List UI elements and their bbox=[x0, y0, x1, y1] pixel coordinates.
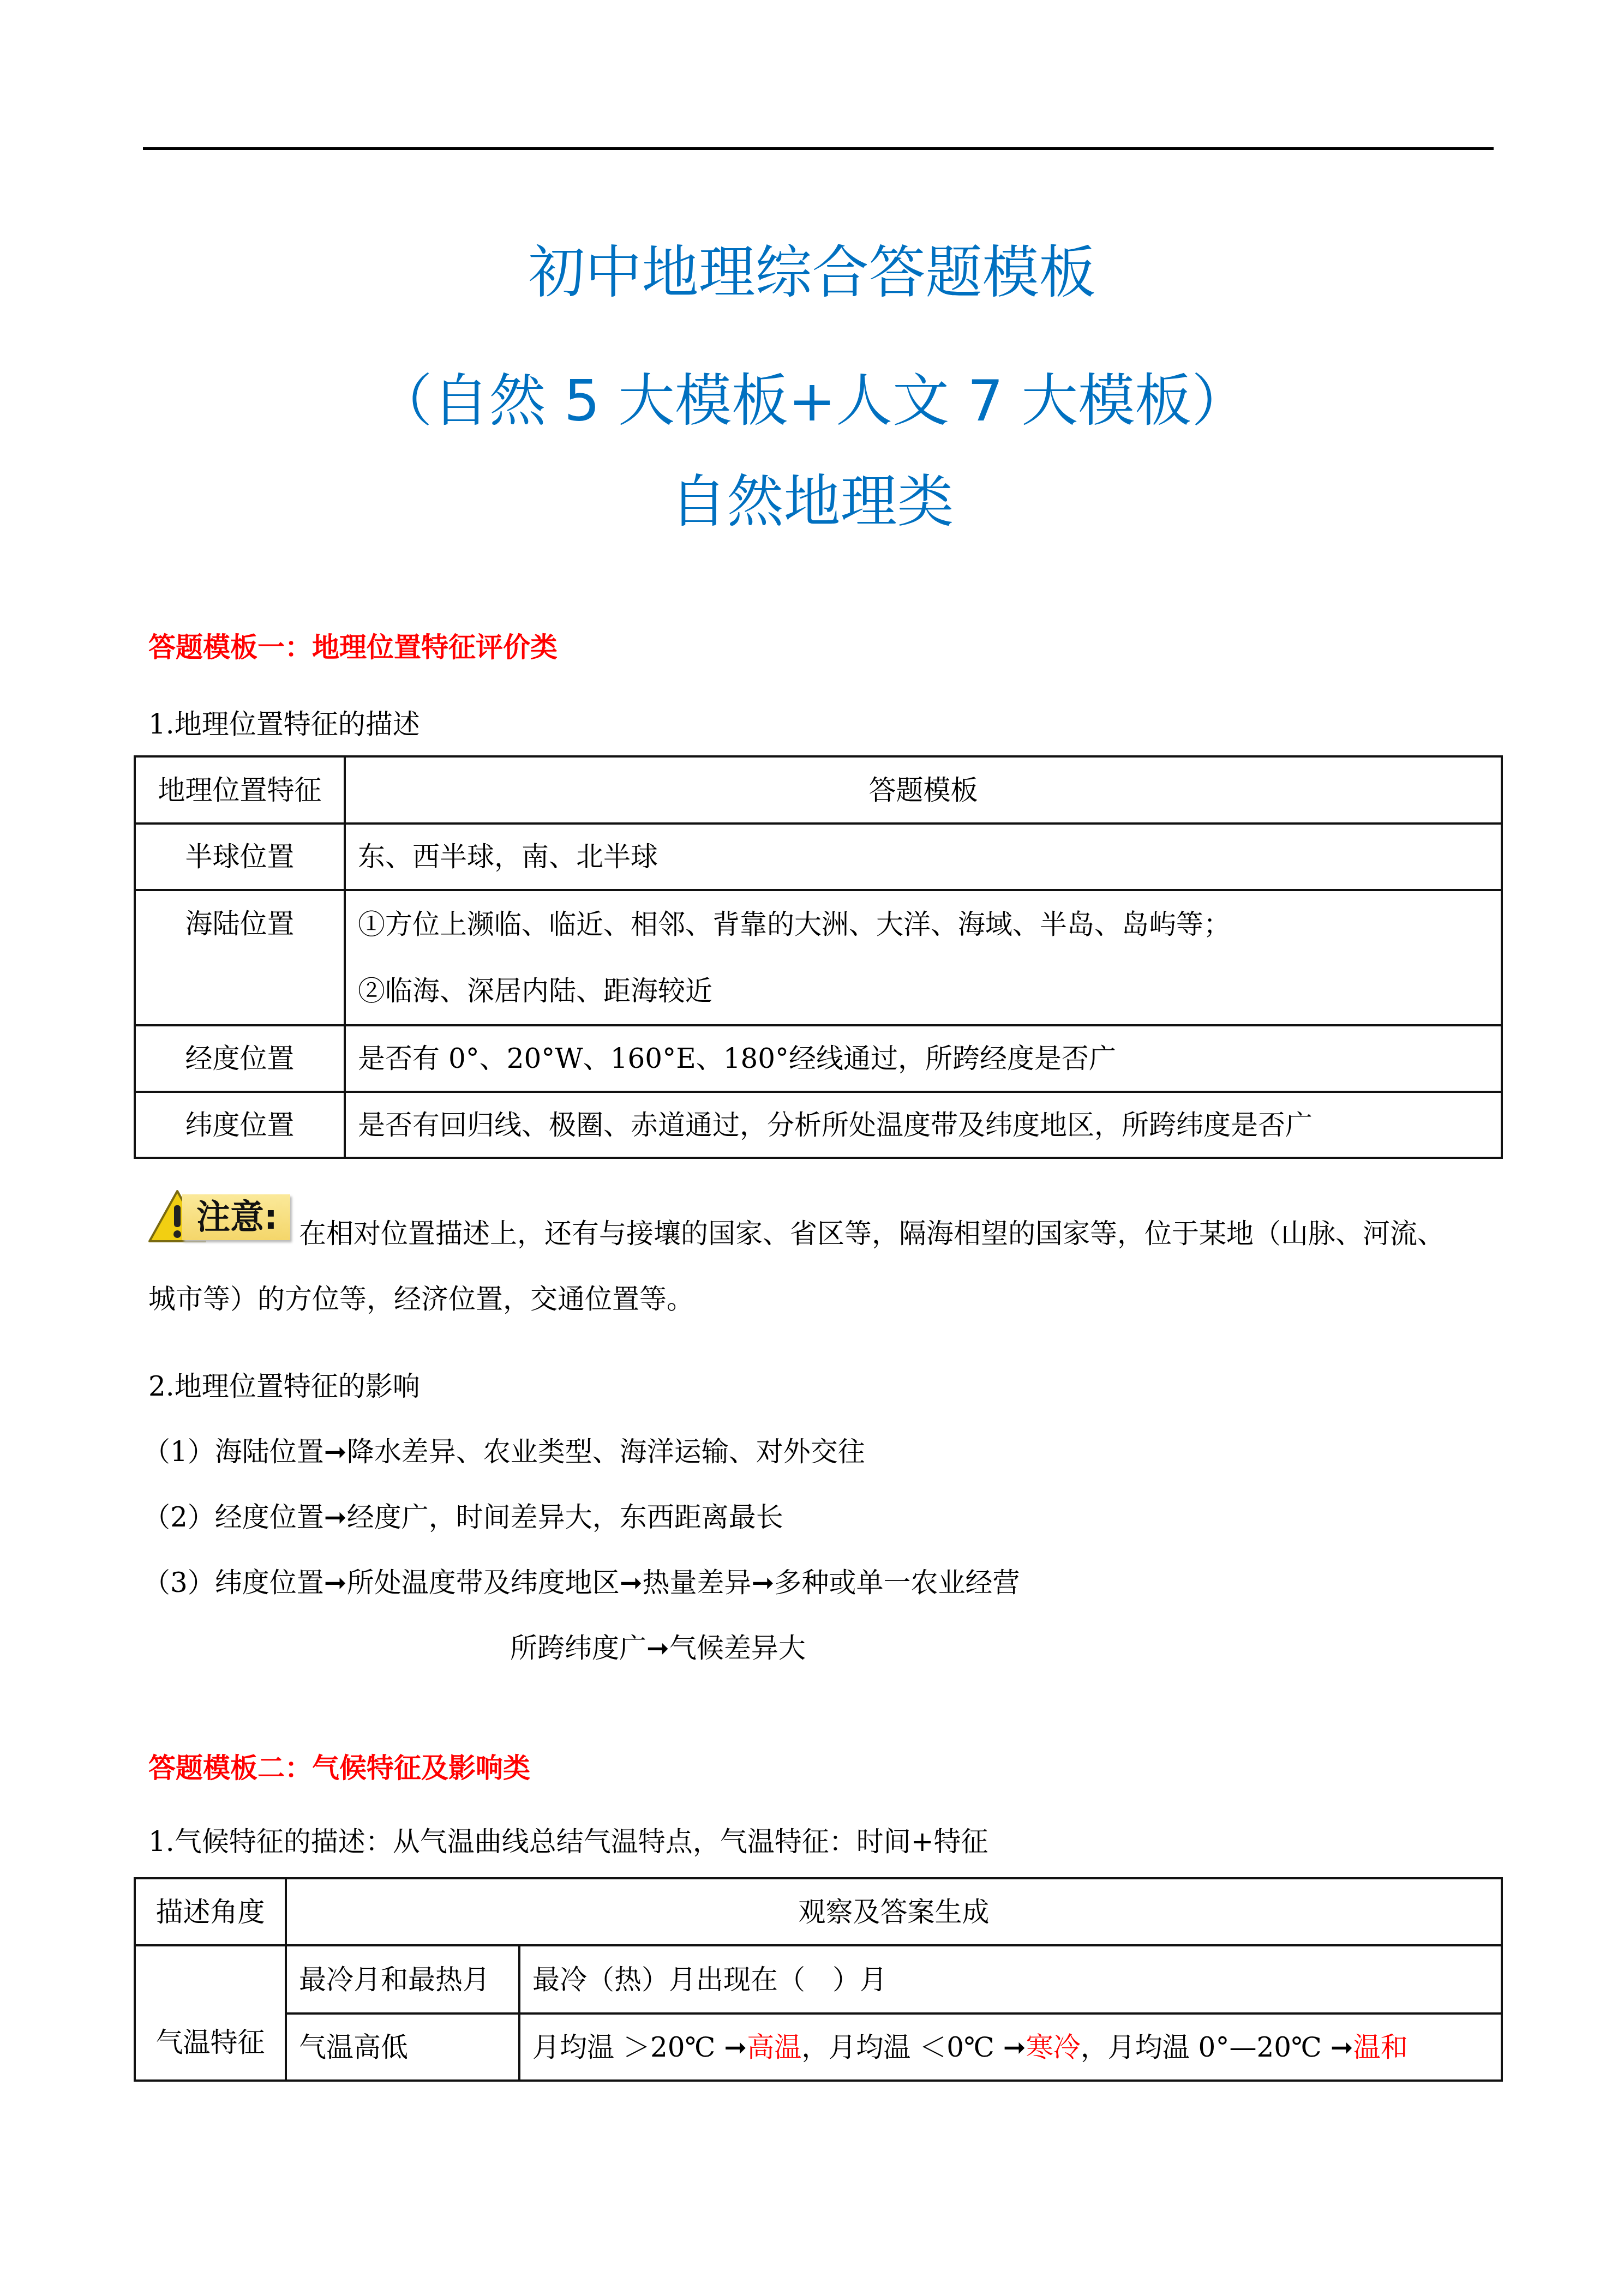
table-header-row: 地理位置特征 答题模板 bbox=[135, 756, 1502, 824]
answer-text: 月均温 ＞20℃ ➞ bbox=[532, 2031, 747, 2063]
answer-cell: 是否有 0°、20°W、160°E、180°经线通过，所跨经度是否广 bbox=[345, 1025, 1502, 1092]
answer-line: ①方位上濒临、临近、相邻、背靠的大洲、大洋、海域、半岛、岛屿等； bbox=[358, 891, 1489, 958]
impact-item: （3）纬度位置➞所处温度带及纬度地区➞热量差异➞多种或单一农业经营 bbox=[143, 1565, 1020, 1600]
table-header-cell: 地理位置特征 bbox=[135, 756, 345, 824]
answer-cell: 东、西半球，南、北半球 bbox=[345, 824, 1502, 890]
group-cell: 气温特征 bbox=[135, 1945, 286, 2081]
table-row: 半球位置 东、西半球，南、北半球 bbox=[135, 824, 1502, 890]
section2-heading: 答题模板二：气候特征及影响类 bbox=[148, 1751, 530, 1786]
note-badge: 注意: bbox=[147, 1189, 290, 1243]
table-header-cell: 观察及答案生成 bbox=[286, 1878, 1502, 1945]
answer-cell: 最冷（热）月出现在（ ）月 bbox=[519, 1945, 1502, 2013]
feature-cell: 半球位置 bbox=[135, 824, 345, 890]
answer-line: ②临海、深居内陆、距海较近 bbox=[358, 958, 1489, 1024]
table-row: 气温高低 月均温 ＞20℃ ➞高温，月均温 ＜0℃ ➞寒冷，月均温 0°—20℃… bbox=[135, 2013, 1502, 2081]
answer-cell: 是否有回归线、极圈、赤道通过，分析所处温度带及纬度地区，所跨纬度是否广 bbox=[345, 1092, 1502, 1158]
section1-sub1: 1.地理位置特征的描述 bbox=[148, 707, 420, 742]
note-text-line1: 在相对位置描述上，还有与接壤的国家、省区等，隔海相望的国家等，位于某地（山脉、河… bbox=[299, 1216, 1445, 1251]
feature-cell: 经度位置 bbox=[135, 1025, 345, 1092]
section2-sub1: 1.气候特征的描述：从气温曲线总结气温特点，气温特征：时间+特征 bbox=[148, 1824, 988, 1859]
doc-title: 初中地理综合答题模板 bbox=[0, 237, 1624, 308]
note-label: 注意: bbox=[196, 1195, 278, 1239]
impact-item: 所跨纬度广➞气候差异大 bbox=[510, 1631, 806, 1666]
aspect-cell: 气温高低 bbox=[286, 2013, 519, 2081]
answer-cell: ①方位上濒临、临近、相邻、背靠的大洲、大洋、海域、半岛、岛屿等； ②临海、深居内… bbox=[345, 890, 1502, 1025]
table-header-cell: 描述角度 bbox=[135, 1878, 286, 1945]
note-text-line2: 城市等）的方位等，经济位置，交通位置等。 bbox=[148, 1282, 694, 1317]
table-row: 气温特征 最冷月和最热月 最冷（热）月出现在（ ）月 bbox=[135, 1945, 1502, 2013]
doc-category: 自然地理类 bbox=[0, 466, 1624, 537]
table-row: 经度位置 是否有 0°、20°W、160°E、180°经线通过，所跨经度是否广 bbox=[135, 1025, 1502, 1092]
climate-table: 描述角度 观察及答案生成 气温特征 最冷月和最热月 最冷（热）月出现在（ ）月 … bbox=[134, 1877, 1503, 2082]
table-header-cell: 答题模板 bbox=[345, 756, 1502, 824]
answer-text: ，月均温 0°—20℃ ➞ bbox=[1081, 2031, 1353, 2063]
table-header-row: 描述角度 观察及答案生成 bbox=[135, 1878, 1502, 1945]
header-rule bbox=[143, 147, 1494, 150]
answer-cell: 月均温 ＞20℃ ➞高温，月均温 ＜0℃ ➞寒冷，月均温 0°—20℃ ➞温和 bbox=[519, 2013, 1502, 2081]
feature-cell: 纬度位置 bbox=[135, 1092, 345, 1158]
answer-text: ，月均温 ＜0℃ ➞ bbox=[801, 2031, 1026, 2063]
aspect-cell: 最冷月和最热月 bbox=[286, 1945, 519, 2013]
section1-heading: 答题模板一：地理位置特征评价类 bbox=[148, 630, 558, 665]
feature-cell: 海陆位置 bbox=[135, 890, 345, 1025]
impact-item: （2）经度位置➞经度广，时间差异大，东西距离最长 bbox=[143, 1500, 783, 1535]
table-row: 海陆位置 ①方位上濒临、临近、相邻、背靠的大洲、大洋、海域、半岛、岛屿等； ②临… bbox=[135, 890, 1502, 1025]
answer-highlight: 温和 bbox=[1353, 2031, 1408, 2063]
section1-sub2: 2.地理位置特征的影响 bbox=[148, 1369, 420, 1404]
location-table: 地理位置特征 答题模板 半球位置 东、西半球，南、北半球 海陆位置 ①方位上濒临… bbox=[134, 755, 1503, 1159]
table-row: 纬度位置 是否有回归线、极圈、赤道通过，分析所处温度带及纬度地区，所跨纬度是否广 bbox=[135, 1092, 1502, 1158]
doc-subtitle: （自然 5 大模板+人文 7 大模板） bbox=[0, 365, 1624, 436]
answer-highlight: 寒冷 bbox=[1026, 2031, 1081, 2063]
impact-item: （1）海陆位置➞降水差异、农业类型、海洋运输、对外交往 bbox=[143, 1434, 865, 1469]
answer-highlight: 高温 bbox=[747, 2031, 801, 2063]
